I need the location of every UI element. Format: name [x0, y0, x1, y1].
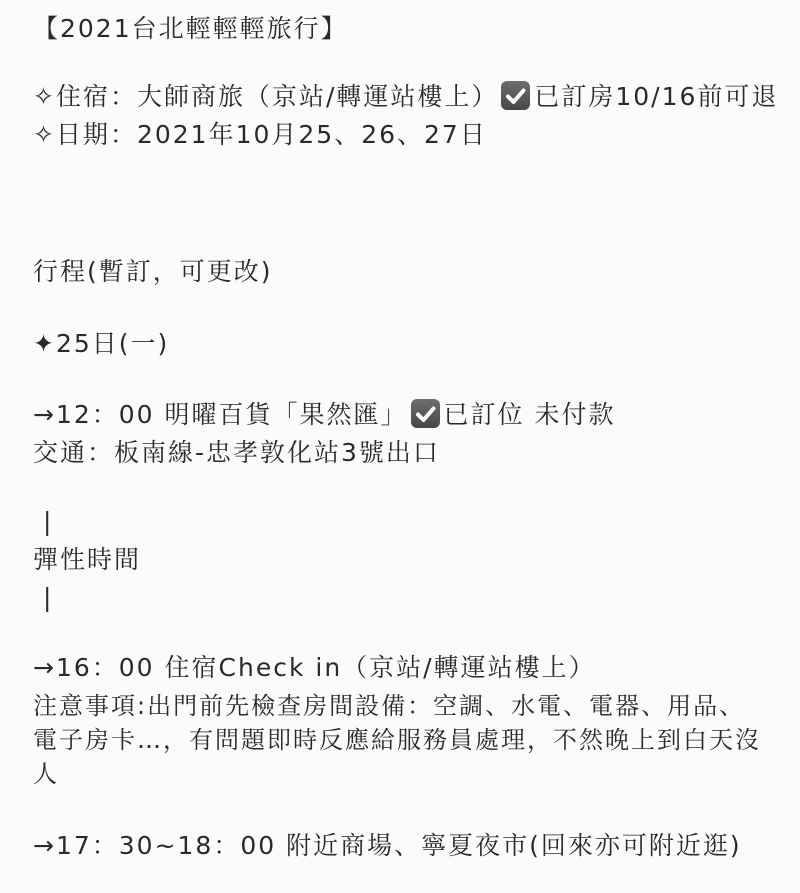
- event-lunch-status: 已訂位 未付款: [444, 400, 616, 429]
- itinerary-document: 【2021台北輕輕輕旅行】 ✧住宿：大師商旅（京站/轉運站樓上） 已訂房10/1…: [0, 0, 800, 893]
- event-lunch-line: →12：00 明曜百貨「果然匯」 已訂位 未付款: [33, 396, 786, 434]
- lodging-status: 已訂房10/16前可退: [534, 82, 778, 111]
- note-line: 電子房卡…，有問題即時反應給服務員處理，不然晚上到白天沒: [33, 723, 786, 757]
- event-lunch-text: →12：00 明曜百貨「果然匯」: [33, 400, 408, 429]
- checked-checkbox-icon: [410, 398, 441, 429]
- itinerary-heading: 行程(暫訂，可更改): [33, 253, 786, 291]
- event-checkin-line: →16：00 住宿Check in（京站/轉運站樓上）: [33, 649, 786, 687]
- lodging-text: ✧住宿：大師商旅（京站/轉運站樓上）: [33, 82, 498, 111]
- lodging-line: ✧住宿：大師商旅（京站/轉運站樓上） 已訂房10/16前可退: [33, 78, 786, 116]
- transport-line: 交通：板南線-忠孝敦化站3號出口: [33, 434, 786, 472]
- event-evening-line: →17：30~18：00 附近商場、寧夏夜市(回來亦可附近逛): [33, 827, 786, 865]
- day-heading: ✦25日(一): [33, 325, 786, 363]
- note-line: 人: [33, 757, 786, 791]
- connector-bar: |: [33, 579, 786, 617]
- checked-checkbox-icon: [500, 80, 531, 111]
- note-line: 注意事項:出門前先檢查房間設備：空調、水電、電器、用品、: [33, 689, 786, 723]
- page-title: 【2021台北輕輕輕旅行】: [33, 10, 786, 48]
- connector-bar: |: [33, 503, 786, 541]
- flex-time-label: 彈性時間: [33, 541, 786, 579]
- date-line: ✧日期：2021年10月25、26、27日: [33, 116, 786, 154]
